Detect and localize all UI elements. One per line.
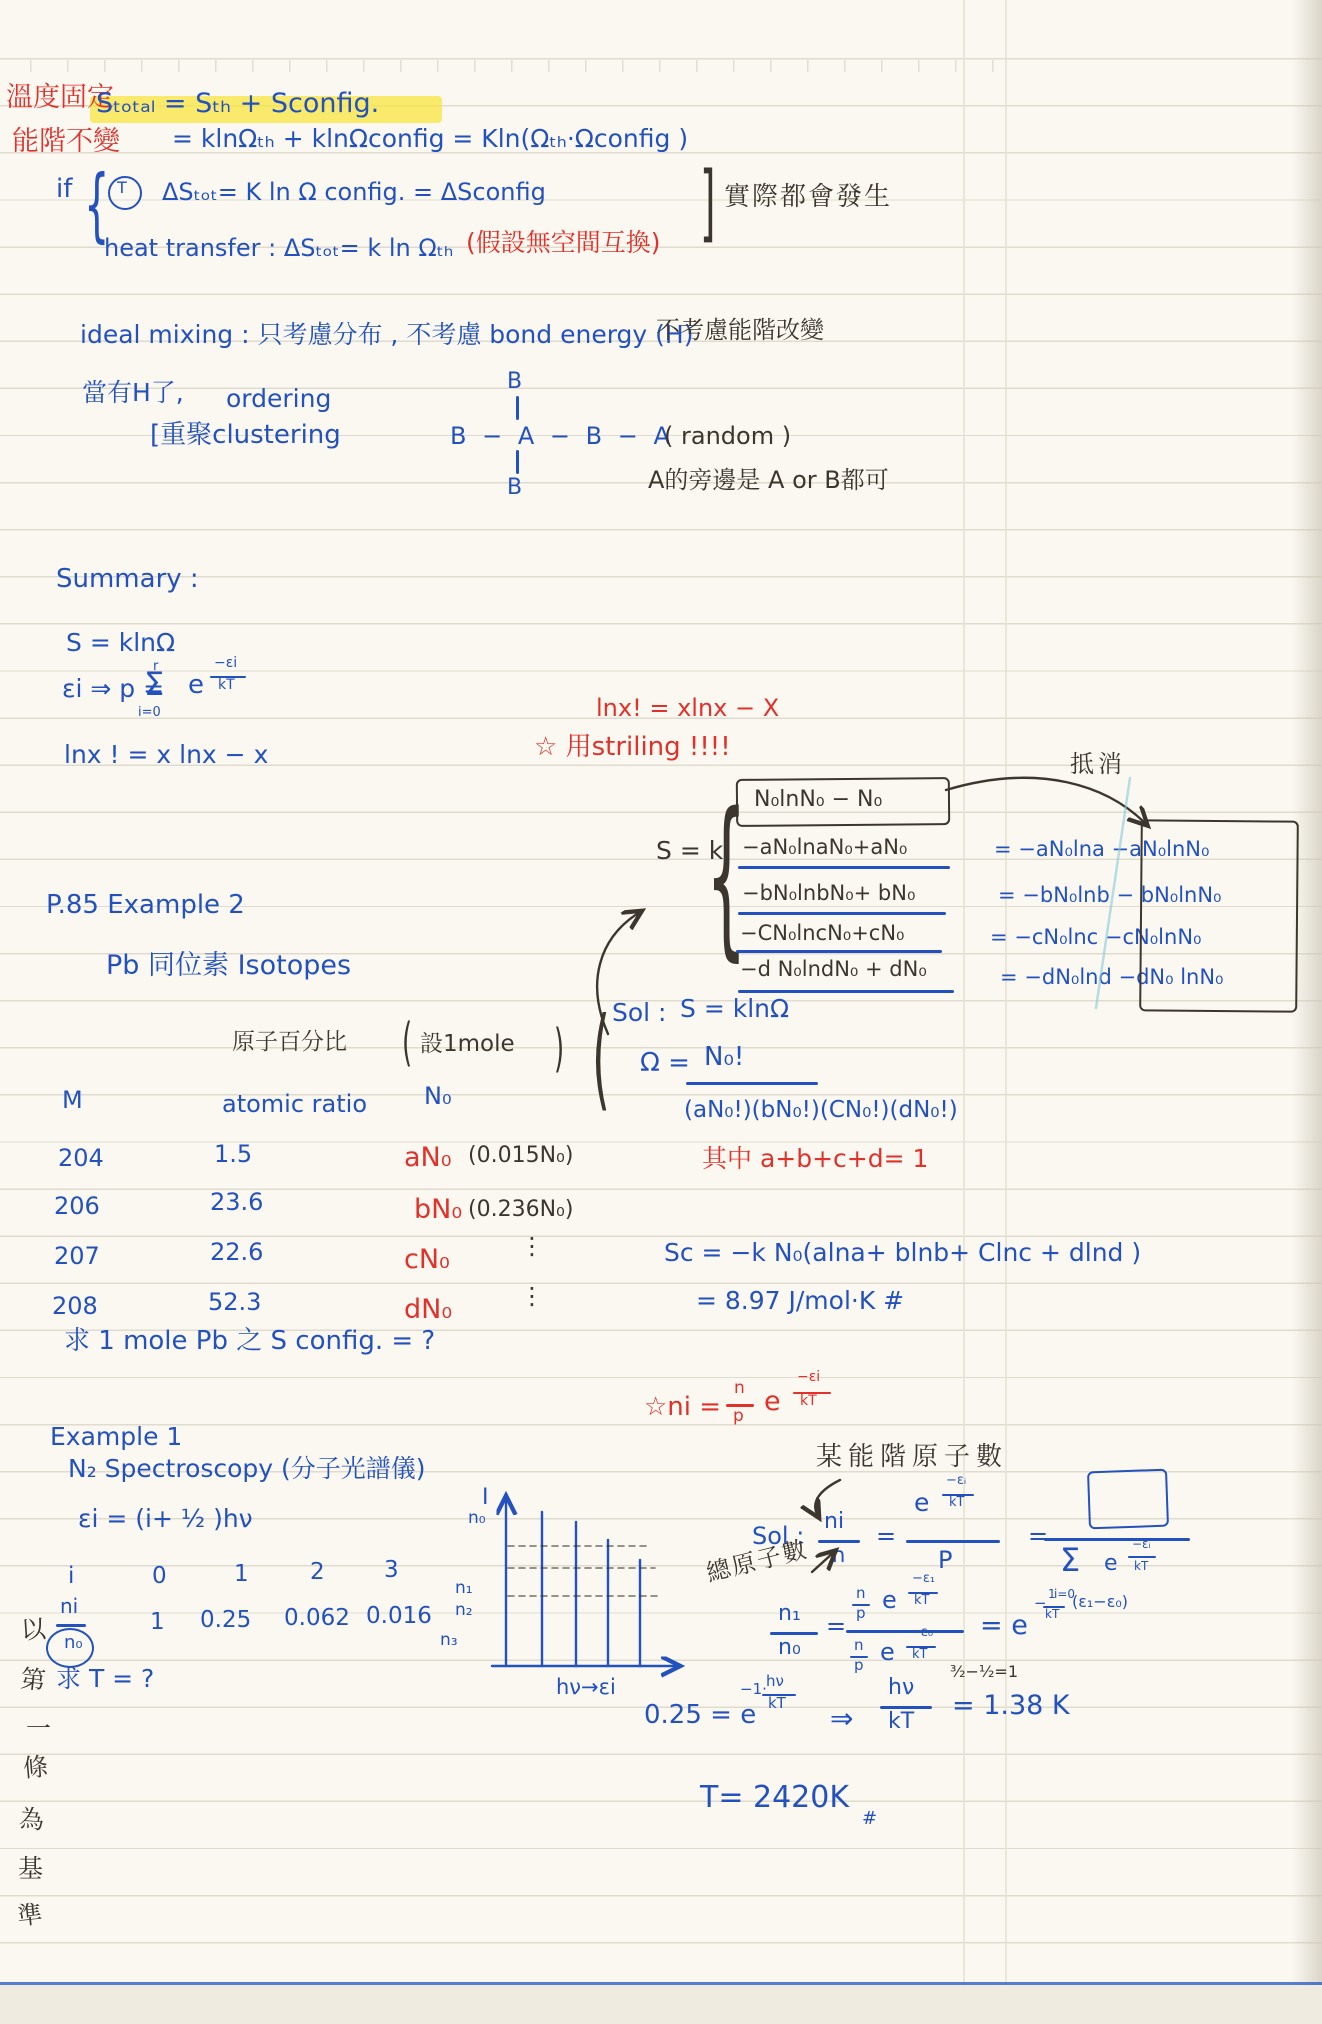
notebook-page: 溫度固定Sₜₒₜₐₗ = Sₜₕ + Sconfig.能階不變= klnΩₜₕ …	[0, 0, 1322, 2024]
teal-scratch	[1096, 778, 1130, 1008]
annotation-sketch-layer	[0, 0, 1322, 2024]
arrow-total-atoms	[812, 1552, 834, 1572]
arrow-to-expansion	[597, 912, 640, 1034]
arrow-some-level	[815, 1480, 840, 1516]
curve-box-link	[946, 778, 1146, 824]
